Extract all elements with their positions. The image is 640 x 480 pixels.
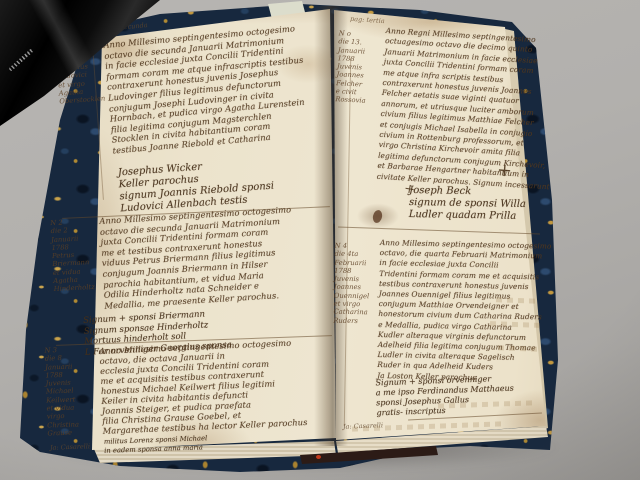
entry-body: Anno Millesimo septingentesimo octogesim… [377, 238, 552, 384]
entry-signatures: Joseph Becksignum de sponsi WillaLudler … [409, 185, 527, 223]
archivist-note-left: Ja: Casarelli [50, 443, 90, 451]
margin-notes: N 2die 2Januarii1788PetrusBriermannet vi… [50, 217, 95, 294]
signature-line: Ludler quadam Prilla [409, 209, 526, 223]
red-bookmark-dot [316, 455, 321, 459]
margin-note-line: Ruders [333, 316, 369, 325]
entry-body: Anno Regni Millesimo septingentesimooctu… [376, 26, 558, 192]
entry-signatures: Signum + sponsi orvennigera me ipso Ferd… [375, 374, 514, 419]
margin-notes: N odie 13.Januarii1788JuvenisJoannesFelc… [335, 29, 369, 105]
signum-cross-icon: + [496, 159, 513, 181]
margin-note-line: Grause [47, 428, 79, 437]
entry-body: Anno Millesimo septingentesimo octogesim… [103, 23, 310, 156]
margin-note-line: Joannes [334, 283, 370, 292]
margin-notes: N 4die 4taFebruarii1788JuvenisJoannesOue… [333, 242, 370, 326]
margin-note-line: Rossovia [335, 96, 366, 106]
margin-notes: N 3die 8Januarii1788JuvenisMichaelKeilwe… [44, 345, 79, 437]
entry-body: Anno Millesimo septingentesimo octogesim… [99, 337, 308, 436]
photograph-of-open-register-book: pag: secunda pag: tertia Die 2.Januarii1… [0, 0, 640, 480]
margin-note-line: die 4ta [334, 250, 370, 259]
margin-note-line: Catharina [333, 308, 369, 317]
entry-signatures: militus Lorenz sponsi Michaelin eadem sp… [104, 434, 208, 455]
entry-body: Anno Millesimo septingentesimo octogesim… [99, 204, 297, 311]
